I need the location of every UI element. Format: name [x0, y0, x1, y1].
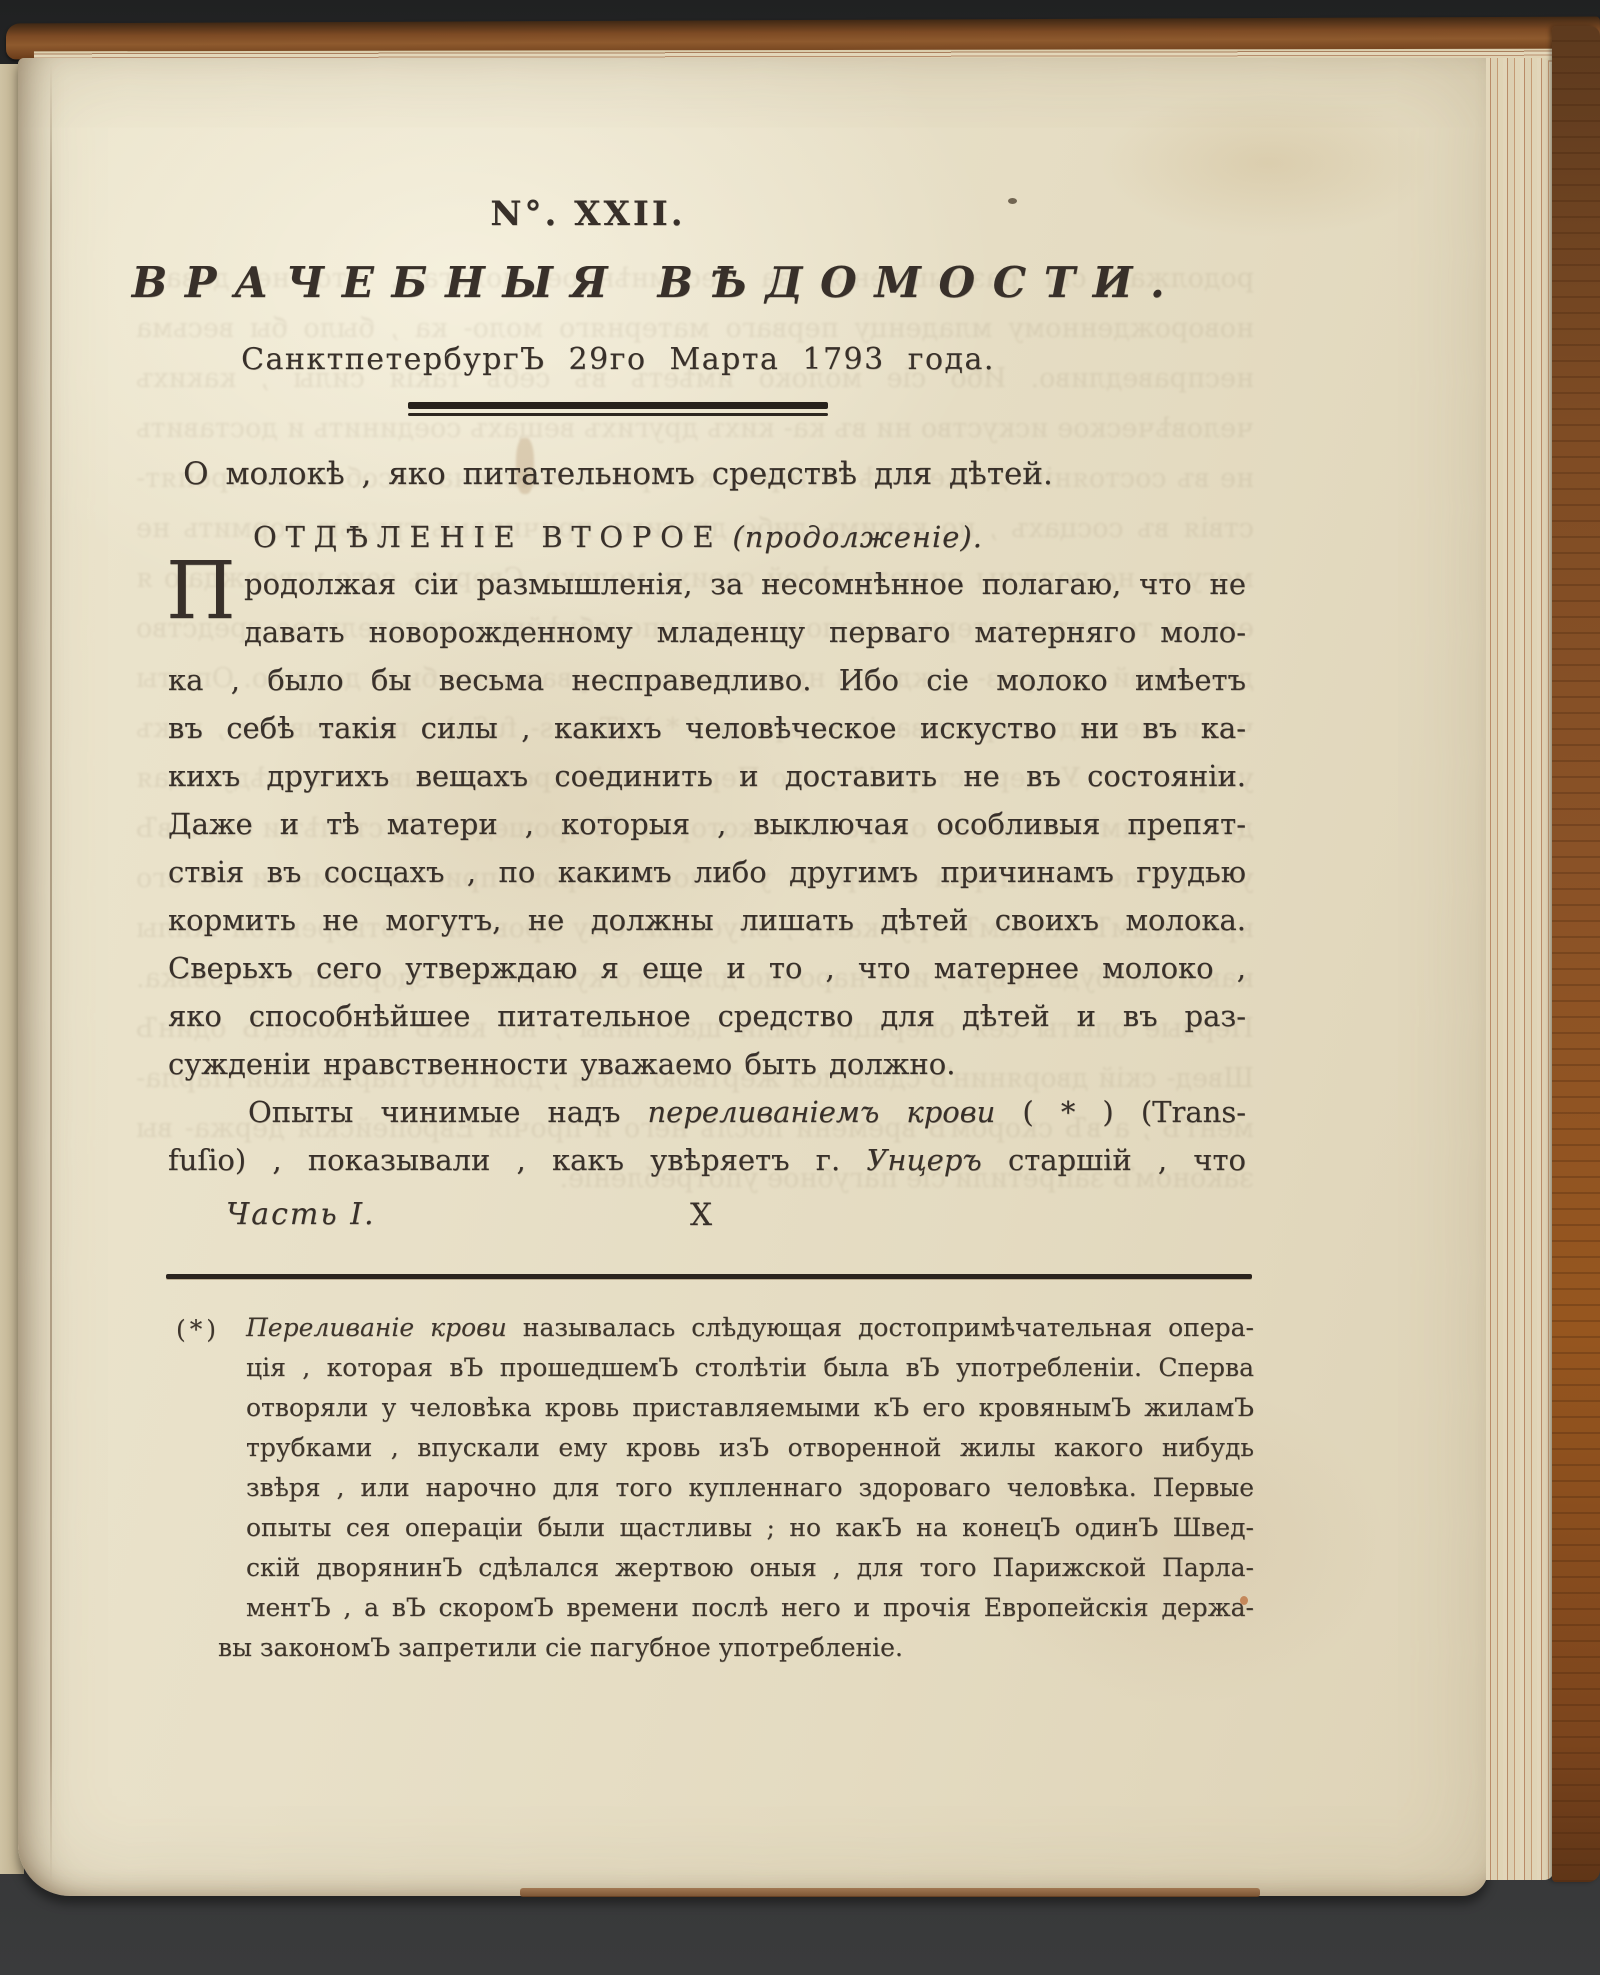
article-body: П родолжая сіи размышленія, за несомнѣнн… [168, 560, 1246, 1184]
page-stack-right-edge [1486, 58, 1554, 1880]
footnote-line: вы закономЪ запретили сіе пагубное употр… [176, 1628, 1254, 1668]
italic-text-segment: Переливаніе крови [246, 1313, 507, 1342]
text-segment: вы закономЪ запретили сіе пагубное употр… [218, 1633, 903, 1662]
signature-row: Часть I. X [168, 1197, 1246, 1232]
journal-page: родолжая сіи размышленія, за несомнѣнное… [18, 58, 1488, 1896]
footnote-line: отворяли у человѣка кровь приставляемыми… [176, 1388, 1254, 1428]
stain [1098, 88, 1438, 238]
text-segment: скій дворянинЪ сдѣлался жертвою оныя , д… [246, 1553, 1254, 1582]
gutter-crease [50, 64, 52, 1884]
text-segment: яко способнѣйшее питательное средство дл… [168, 999, 1246, 1033]
text-segment: Опыты чинимые надъ [248, 1095, 648, 1129]
body-line: Опыты чинимые надъ переливаніемъ крови (… [168, 1088, 1246, 1136]
footnote-line: звѣря , или нарочно для того купленнаго … [176, 1468, 1254, 1508]
italic-text-segment: Унцеръ [866, 1143, 981, 1177]
dateline: СанктпетербургЪ 29го Марта 1793 года. [128, 342, 1108, 377]
body-line: сужденіи нравственности уважаемо быть до… [168, 1040, 1246, 1088]
text-segment: кормить не могутъ, не должны лишать дѣте… [168, 903, 1246, 937]
footnote-lines: Переливаніе крови называлась слѣдующая д… [176, 1308, 1254, 1668]
text-segment: ція , которая вЪ прошедшемЪ столѣтіи был… [246, 1353, 1254, 1382]
text-segment: опыты сея операціи были щастливы ; но ка… [246, 1513, 1254, 1542]
masthead-title: ВРАЧЕБНЫЯ ВѢДОМОСТИ. [122, 258, 1192, 307]
footnote: (*) Переливаніе крови называлась слѣдующ… [176, 1308, 1254, 1668]
part-label: Часть I. [226, 1197, 376, 1232]
text-segment: ка , было бы весьма несправедливо. Ибо с… [168, 663, 1246, 697]
text-segment: звѣря , или нарочно для того купленнаго … [246, 1473, 1254, 1502]
footnote-marker: (*) [176, 1310, 220, 1350]
text-segment: ствія въ сосцахъ , по какимъ либо другим… [168, 855, 1246, 889]
section-heading-suffix: (продолженіе). [732, 520, 983, 554]
divider-thin-rule [408, 413, 828, 416]
text-segment: отворяли у человѣка кровь приставляемыми… [246, 1393, 1254, 1422]
italic-text-segment: переливаніемъ крови [648, 1095, 996, 1129]
article-title: О молокѣ , яко питательномъ средствѣ для… [118, 456, 1118, 492]
book-right-leather-cover [1552, 26, 1600, 1882]
footnote-line: ція , которая вЪ прошедшемЪ столѣтіи был… [176, 1348, 1254, 1388]
body-line: ка , было бы весьма несправедливо. Ибо с… [168, 656, 1246, 704]
text-segment: называлась слѣдующая достопримѣчательная… [507, 1313, 1254, 1342]
text-segment: ментЪ , а вЪ скоромЪ времени послѣ него … [246, 1593, 1254, 1622]
text-segment: старшій , что [982, 1143, 1246, 1177]
issue-number: N°. XXII. [348, 194, 828, 234]
footnote-line: скій дворянинЪ сдѣлался жертвою оныя , д… [176, 1548, 1254, 1588]
body-line: въ себѣ такія силы , какихъ человѣческое… [168, 704, 1246, 752]
text-segment: давать новорожденному младенцу перваго м… [244, 615, 1246, 649]
body-line: fuſio) , показывали , какъ увѣряетъ г. У… [168, 1136, 1246, 1184]
masthead-divider [408, 402, 828, 416]
body-line: родолжая сіи размышленія, за несомнѣнное… [168, 560, 1246, 608]
body-line: кормить не могутъ, не должны лишать дѣте… [168, 896, 1246, 944]
drop-cap: П [166, 551, 236, 631]
divider-thick-rule [408, 402, 828, 409]
footnote-line: ментЪ , а вЪ скоромЪ времени послѣ него … [176, 1588, 1254, 1628]
footnote-divider [166, 1274, 1252, 1279]
section-heading-text: ОТДѢЛЕНІЕ ВТОРОЕ [253, 520, 722, 554]
text-segment: Даже и тѣ матери , которыя , выключая ос… [168, 807, 1246, 841]
text-segment: кихъ другихъ вещахъ соединить и доставит… [168, 759, 1246, 793]
body-line: яко способнѣйшее питательное средство дл… [168, 992, 1246, 1040]
text-segment: родолжая сіи размышленія, за несомнѣнное… [244, 567, 1246, 601]
body-line: кихъ другихъ вещахъ соединить и доставит… [168, 752, 1246, 800]
section-heading: ОТДѢЛЕНІЕ ВТОРОЕ(продолженіе). [118, 520, 1118, 554]
body-line: ствія въ сосцахъ , по какимъ либо другим… [168, 848, 1246, 896]
text-segment: сужденіи нравственности уважаемо быть до… [168, 1047, 955, 1081]
text-segment: fuſio) , показывали , какъ увѣряетъ г. [168, 1143, 866, 1177]
text-segment: трубками , впускали ему кровь изЪ отворе… [246, 1433, 1254, 1462]
body-line: давать новорожденному младенцу перваго м… [168, 608, 1246, 656]
text-segment: въ себѣ такія силы , какихъ человѣческое… [168, 711, 1246, 745]
text-segment: Сверьхъ сего утверждаю я еще и то , что … [168, 951, 1246, 985]
body-line: Сверьхъ сего утверждаю я еще и то , что … [168, 944, 1246, 992]
body-line: Даже и тѣ матери , которыя , выключая ос… [168, 800, 1246, 848]
scanned-book-photo: родолжая сіи размышленія, за несомнѣнное… [0, 0, 1600, 1975]
footnote-line: опыты сея операціи были щастливы ; но ка… [176, 1508, 1254, 1548]
signature-mark: X [690, 1197, 712, 1233]
ink-speck [1008, 198, 1017, 204]
footnote-line: Переливаніе крови называлась слѣдующая д… [176, 1308, 1254, 1348]
footnote-line: трубками , впускали ему кровь изЪ отворе… [176, 1428, 1254, 1468]
text-segment: ( * ) (Trans- [995, 1095, 1246, 1129]
page-bottom-edge [520, 1888, 1260, 1897]
